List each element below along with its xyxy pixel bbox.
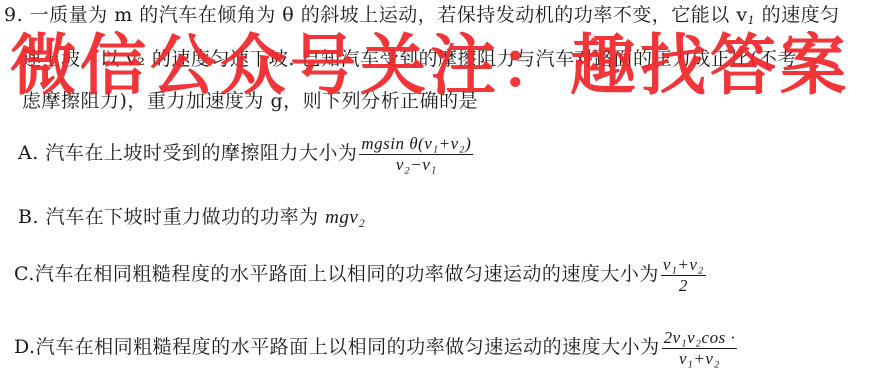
option-a[interactable]: A. 汽车在上坡时受到的摩擦阻力大小为mgsin θ(v₁+v₂)v₂−v₁ bbox=[18, 134, 473, 174]
option-a-label: A. bbox=[18, 142, 39, 164]
option-a-denominator: v₂−v₁ bbox=[394, 155, 439, 175]
option-c-numerator: v₁+v₂ bbox=[661, 255, 706, 276]
question-line-3: 虑摩擦阻力)，重力加速度为 g，则下列分析正确的是 bbox=[22, 86, 478, 113]
option-d[interactable]: D.汽车在相同粗糙程度的水平路面上以相同的功率做匀速运动的速度大小为2v₁v₂c… bbox=[14, 328, 737, 368]
option-d-text: 汽车在相同粗糙程度的水平路面上以相同的功率做匀速运动的速度大小为 bbox=[36, 336, 660, 358]
option-d-fraction: 2v₁v₂cos ·v₁+v₂ bbox=[662, 328, 738, 368]
option-c[interactable]: C.汽车在相同粗糙程度的水平路面上以相同的功率做匀速运动的速度大小为v₁+v₂2 bbox=[14, 255, 706, 295]
option-d-denominator: v₁+v₂ bbox=[677, 349, 722, 369]
question-line-1-text: 9. 一质量为 m 的汽车在倾角为 θ 的斜坡上运动，若保持发动机的功率不变，它… bbox=[4, 4, 748, 26]
option-d-label: D. bbox=[14, 336, 36, 358]
option-a-fraction: mgsin θ(v₁+v₂)v₂−v₁ bbox=[359, 134, 473, 174]
option-c-fraction: v₁+v₂2 bbox=[661, 255, 706, 295]
option-b-label: B. bbox=[18, 206, 39, 228]
option-b-expression: mgv₂ bbox=[325, 207, 365, 228]
option-c-text: 汽车在相同粗糙程度的水平路面上以相同的功率做匀速运动的速度大小为 bbox=[35, 263, 659, 285]
option-a-numerator: mgsin θ(v₁+v₂) bbox=[359, 134, 473, 155]
option-b-text: 汽车在下坡时重力做功的功率为 bbox=[46, 206, 319, 228]
question-line-1: 9. 一质量为 m 的汽车在倾角为 θ 的斜坡上运动，若保持发动机的功率不变，它… bbox=[4, 0, 840, 27]
question-line-1-tail: 的速度匀 bbox=[755, 4, 840, 26]
option-c-denominator: 2 bbox=[677, 276, 690, 296]
question-line-2: 速上坡，以 v₂ 的速度匀速下坡. 已知汽车受到的摩擦阻力与汽车对路面的压力成正… bbox=[22, 44, 797, 71]
option-d-numerator: 2v₁v₂cos · bbox=[662, 328, 738, 349]
option-c-label: C. bbox=[14, 263, 35, 285]
option-b[interactable]: B. 汽车在下坡时重力做功的功率为 mgv₂ bbox=[18, 202, 365, 229]
option-a-text: 汽车在上坡时受到的摩擦阻力大小为 bbox=[45, 142, 357, 164]
